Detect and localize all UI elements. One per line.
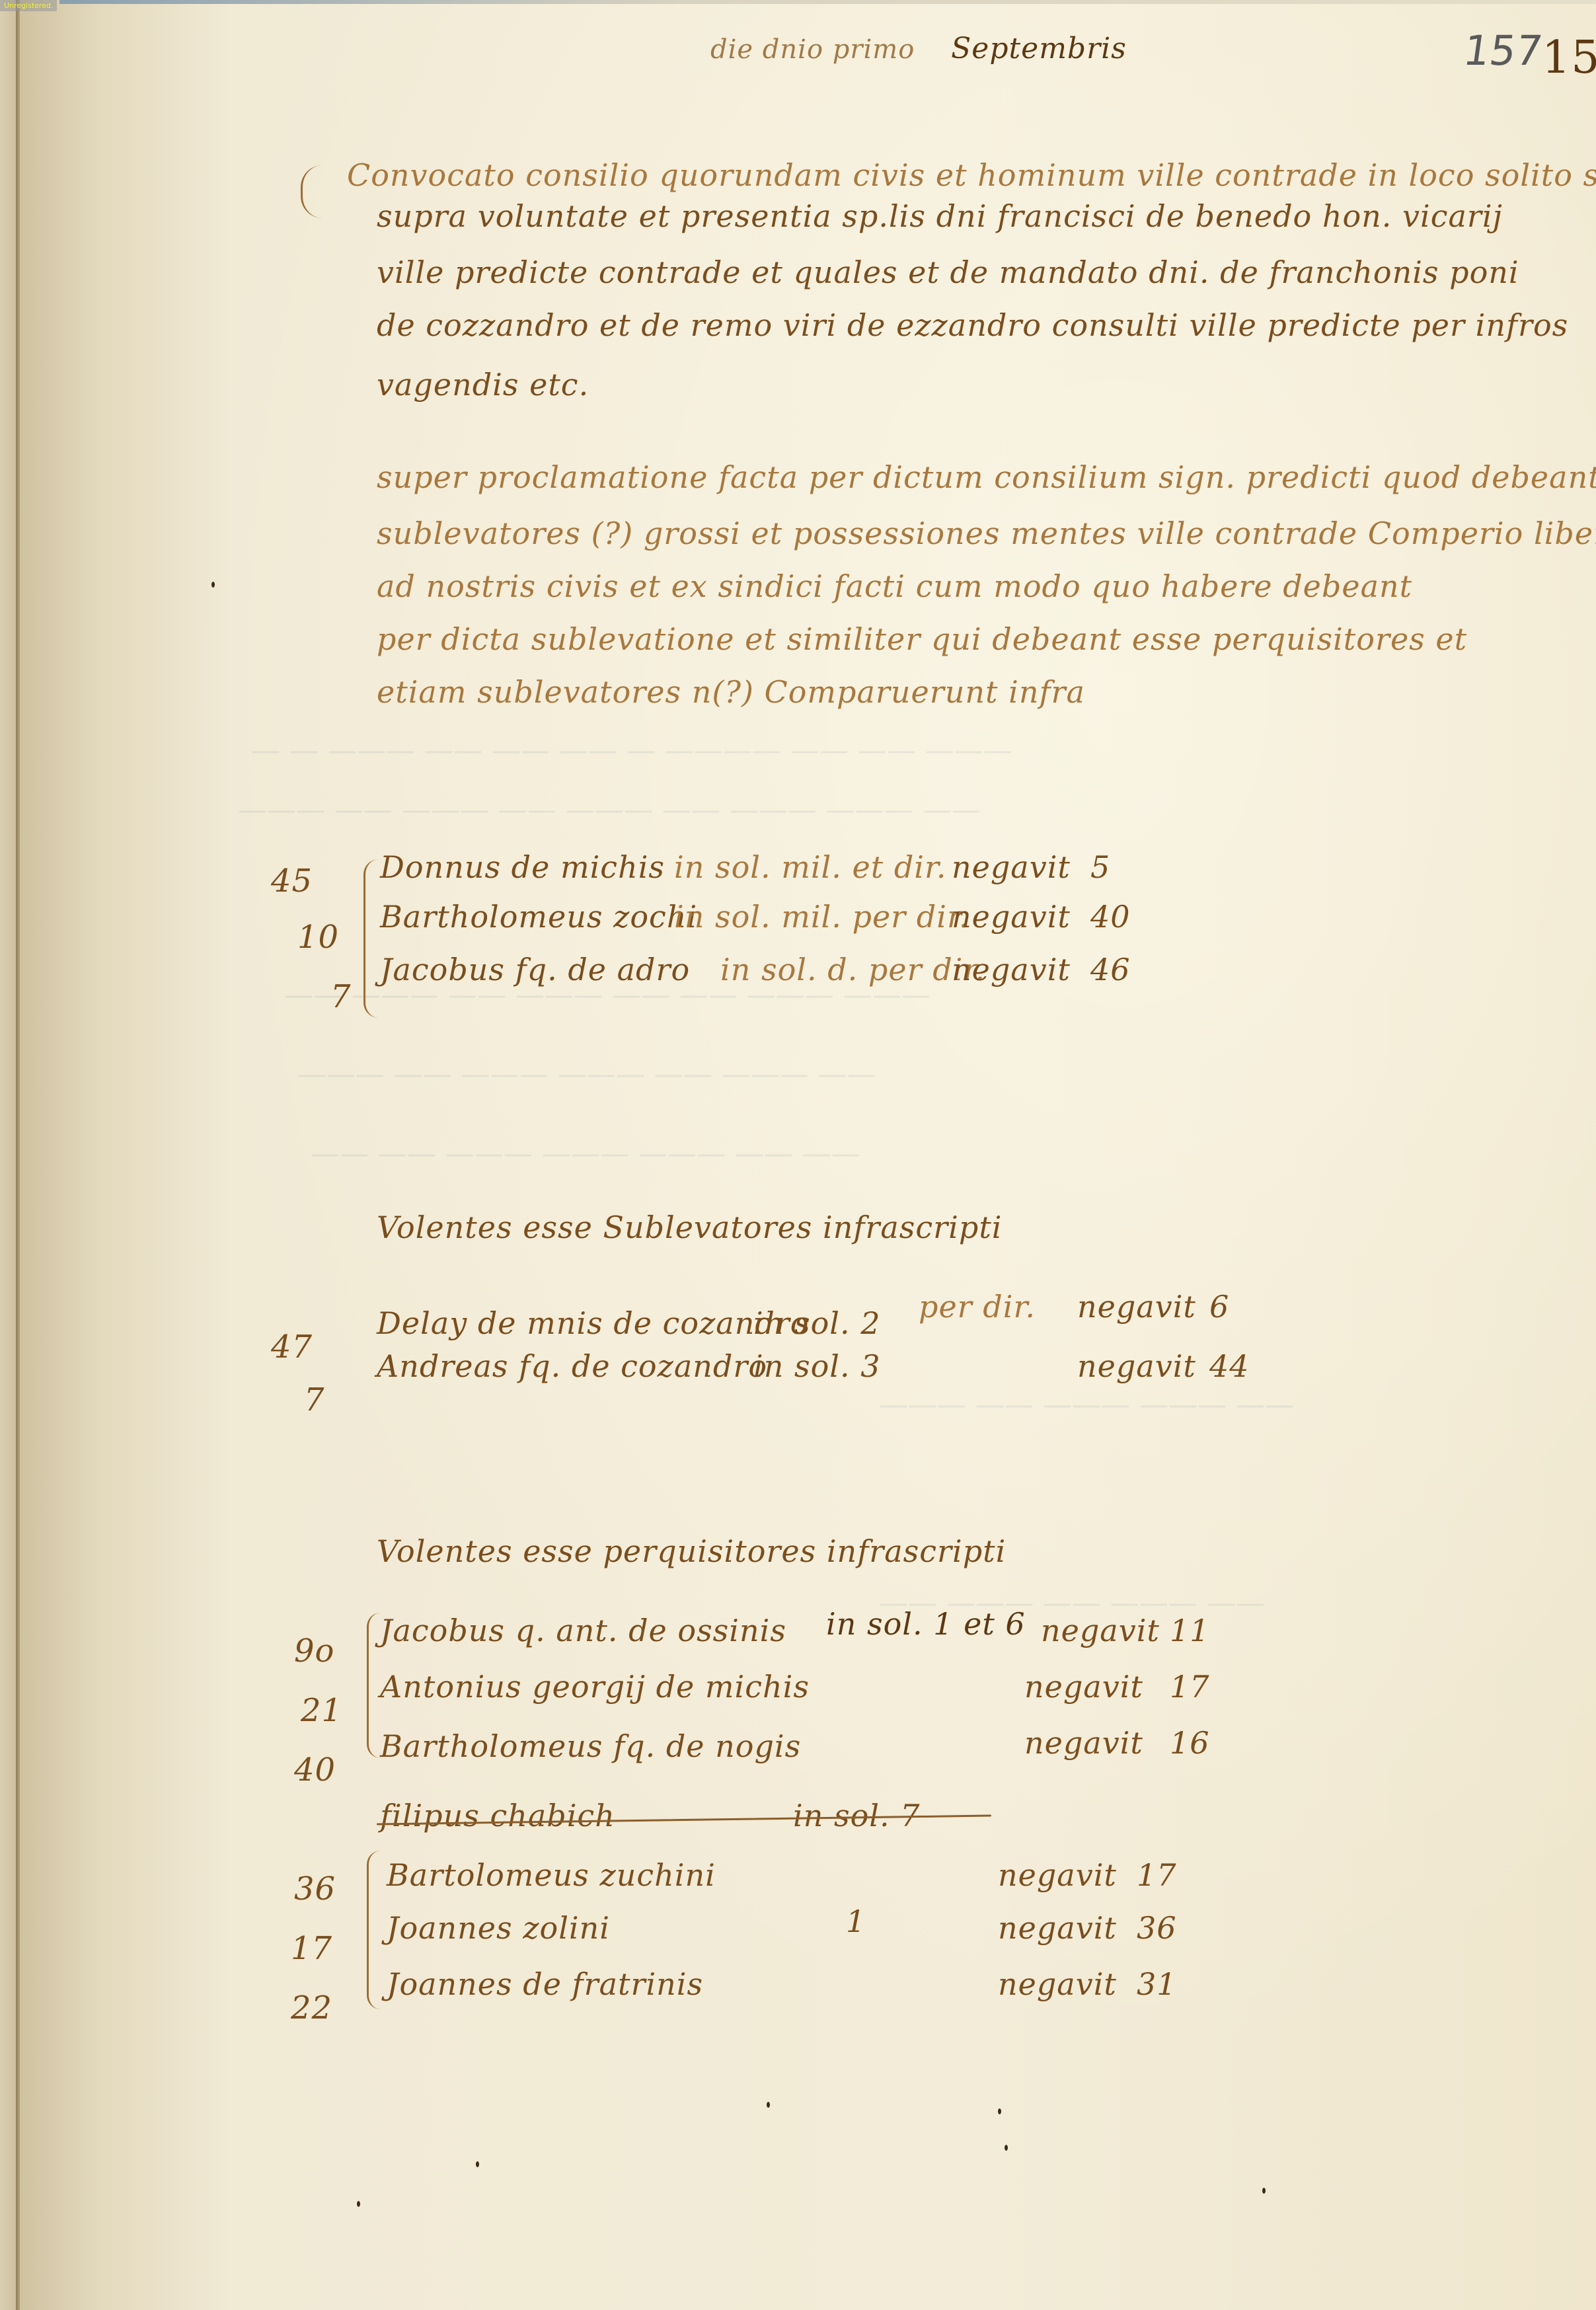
margin-number: 10 — [297, 919, 339, 956]
folio-number-pencil: 157 — [1461, 26, 1546, 75]
show-through-text: ——— —— ——— —— ——— —— ——— ——— —— — [238, 793, 981, 827]
paragraph-line: vagendis etc. — [377, 367, 589, 403]
entry-name: Bartholomeus zochi — [380, 899, 697, 935]
paragraph-line: etiam sublevatores n(?) Comparuerunt inf… — [377, 674, 1085, 710]
margin-number: 7 — [304, 1381, 325, 1418]
entry-name: Jacobus q. ant. de ossinis — [380, 1613, 786, 1648]
entry-rate: in sol. 1 et 6 — [826, 1606, 1026, 1642]
entry-count: 11 — [1170, 1613, 1210, 1648]
paragraph-line: supra voluntate et presentia sp.lis dni … — [377, 198, 1503, 234]
margin-number: 47 — [271, 1328, 313, 1366]
scan-top-edge — [59, 0, 1596, 4]
entry-note: negavit — [952, 899, 1071, 935]
paper-speck — [1005, 2145, 1008, 2151]
entry-note: negavit — [998, 1857, 1117, 1893]
entry-count: 5 — [1090, 849, 1110, 885]
entry-name: Bartholomeus fq. de nogis — [380, 1728, 801, 1764]
entry-rate: in sol. d. per dir. — [720, 952, 985, 987]
entry-count: 6 — [1209, 1289, 1229, 1325]
entry-note: negavit — [952, 849, 1071, 885]
paragraph-line: ville predicte contrade et quales et de … — [377, 254, 1519, 290]
margin-number: 45 — [271, 863, 313, 900]
entry-note: negavit — [998, 1910, 1117, 1946]
entry-note: negavit — [952, 952, 1071, 987]
paragraph-bracket — [301, 165, 323, 218]
unregistered-watermark: Unregistered. — [0, 0, 57, 11]
date-heading: die dnio primo Septembris — [710, 32, 1127, 65]
entry-rate: in sol. 3 — [753, 1348, 880, 1384]
paragraph-line: Convocato consilio quorundam civis et ho… — [347, 157, 1596, 193]
entry-count: 36 — [1137, 1910, 1177, 1946]
entry-rate: in sol. mil. per dir. — [674, 899, 969, 935]
show-through-text: —— —— ——— ——— ——— —— —— — [311, 1137, 860, 1171]
entry-bracket — [367, 1613, 381, 1758]
entry-count: 17 — [1137, 1857, 1177, 1893]
entry-name: Joannes zolini — [387, 1910, 610, 1946]
entry-count: 44 — [1209, 1348, 1250, 1384]
entry-note: negavit — [1024, 1669, 1143, 1705]
entry-rate: in sol. 2 — [753, 1305, 880, 1341]
paper-speck — [211, 582, 215, 588]
show-through-text: — — ——— —— —— —— — ———— —— —— ——— — [251, 734, 1012, 767]
show-through-text: ——— —— ——— ——— —— ——— —— — [297, 1058, 876, 1091]
section-heading-perquisitores: Volentes esse perquisitores infrascripti — [377, 1533, 1006, 1569]
entry-name: Joannes de fratrinis — [387, 1966, 703, 2002]
entry-rate: 1 — [846, 1904, 866, 1939]
entry-name: filipus chabich — [380, 1798, 615, 1833]
entry-note: negavit — [1077, 1348, 1196, 1384]
entry-name: Andreas fq. de cozandro — [377, 1348, 767, 1384]
margin-number: 7 — [330, 978, 352, 1015]
entry-note: negavit — [1077, 1289, 1196, 1325]
margin-number: 36 — [294, 1870, 336, 1907]
paragraph-line: sublevatores (?) grossi et possessiones … — [377, 516, 1596, 551]
paragraph-line: super proclamatione facta per dictum con… — [377, 459, 1596, 495]
entry-count: 17 — [1170, 1669, 1210, 1705]
section-heading-sublevatores: Volentes esse Sublevatores infrascripti — [377, 1210, 1003, 1245]
entry-note: negavit — [1041, 1613, 1160, 1648]
entry-note-prefix: per dir. — [919, 1289, 1036, 1325]
entry-name: Donnus de michis — [380, 849, 665, 885]
margin-number: 21 — [301, 1692, 342, 1729]
entry-count: 46 — [1090, 952, 1131, 987]
entry-note: negavit — [998, 1966, 1117, 2002]
entry-name: Antonius georgij de michis — [380, 1669, 810, 1705]
entry-bracket — [367, 1851, 381, 2009]
entry-count: 40 — [1090, 899, 1131, 935]
entry-count: 16 — [1170, 1725, 1210, 1761]
paper-speck — [1262, 2188, 1266, 2194]
entry-rate: in sol. mil. et dir. — [674, 849, 947, 885]
paragraph-line: per dicta sublevatione et similiter qui … — [377, 621, 1467, 657]
margin-number: 22 — [291, 1989, 332, 2026]
margin-number: 17 — [291, 1930, 332, 1967]
margin-number: 40 — [294, 1752, 336, 1789]
date-heading-faint: die dnio primo — [710, 34, 915, 65]
margin-number: 9o — [294, 1633, 334, 1670]
entry-bracket — [363, 859, 379, 1018]
entry-name: Bartolomeus zuchini — [387, 1857, 716, 1893]
entry-note: negavit — [1024, 1725, 1143, 1761]
paper-speck — [357, 2201, 360, 2207]
paper-speck — [998, 2108, 1001, 2114]
entry-count: 31 — [1137, 1966, 1177, 2002]
folio-number-ink: 156 — [1542, 32, 1596, 84]
entry-name: Jacobus fq. de adro — [380, 952, 690, 987]
show-through-text: ——— —— ——— ——— —— — [879, 1388, 1294, 1422]
paragraph-line: de cozzandro et de remo viri de ezzandro… — [377, 307, 1568, 343]
manuscript-page: — — ——— —— —— —— — ———— —— —— ——— ——— ——… — [20, 0, 1596, 2310]
date-heading-month: Septembris — [951, 32, 1127, 65]
paper-speck — [767, 2102, 770, 2108]
paragraph-line: ad nostris civis et ex sindici facti cum… — [377, 568, 1412, 604]
paper-speck — [476, 2161, 479, 2167]
entry-name: Delay de mnis de cozandro — [377, 1305, 810, 1341]
